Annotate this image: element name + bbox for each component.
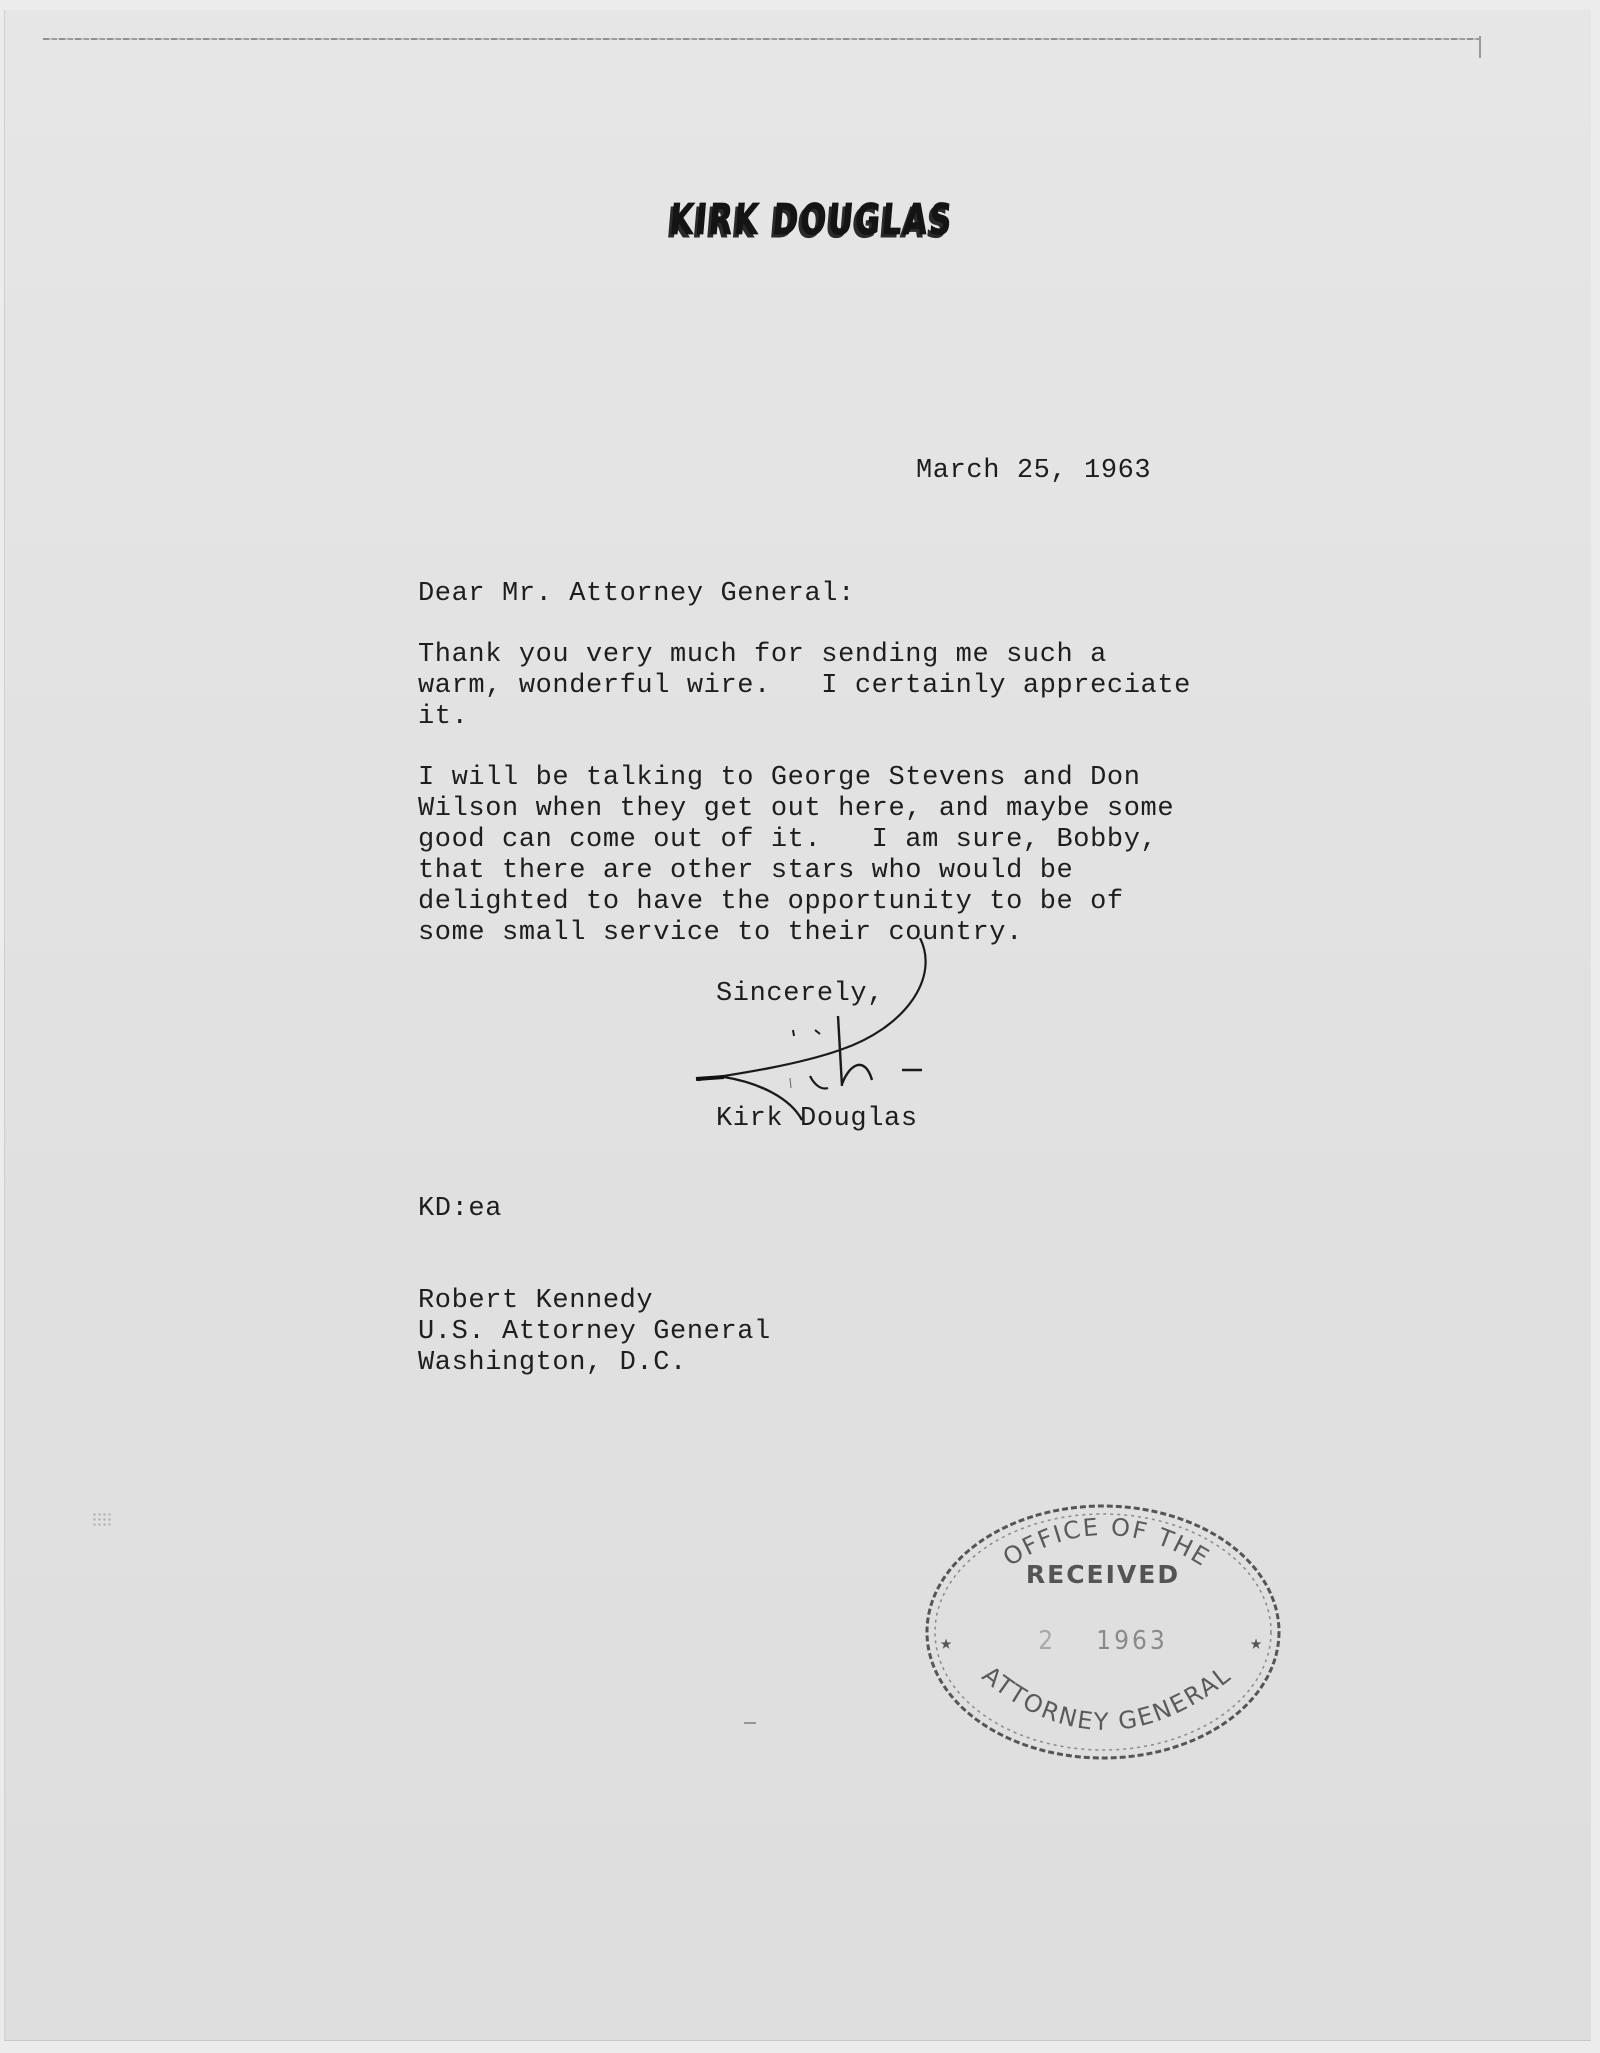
reference-initials: KD:ea: [418, 1194, 502, 1225]
star-icon: ★: [1250, 1630, 1262, 1656]
stamp-date-year: 1963: [1096, 1626, 1168, 1656]
letter-date: March 25, 1963: [916, 456, 1151, 487]
stray-ink-mark: [744, 1722, 756, 1724]
stamp-date-day: 2: [1038, 1626, 1056, 1656]
closing: Sincerely,: [716, 979, 884, 1010]
salutation: Dear Mr. Attorney General:: [418, 579, 855, 610]
recipient-address: Robert Kennedy U.S. Attorney General Was…: [418, 1286, 771, 1379]
top-edge-tick: [1479, 36, 1481, 58]
letterhead-name: KIRK DOUGLAS: [668, 195, 956, 245]
stamp-bottom-text: ATTORNEY GENERAL: [977, 1660, 1237, 1736]
stamp-date: 21963: [922, 1626, 1284, 1656]
svg-text:ATTORNEY GENERAL: ATTORNEY GENERAL: [977, 1660, 1237, 1736]
signed-name: Kirk Douglas: [716, 1104, 918, 1135]
star-icon: ★: [940, 1630, 952, 1656]
body-paragraph-2: I will be talking to George Stevens and …: [418, 763, 1174, 949]
letter-page: [4, 10, 1591, 2041]
body-paragraph-1: Thank you very much for sending me such …: [418, 640, 1191, 733]
received-stamp: OFFICE OF THE ATTORNEY GENERAL RECEIVED …: [922, 1500, 1284, 1764]
top-edge-rule: [43, 38, 1479, 40]
paper-speckle: [92, 1512, 112, 1528]
stamp-received-label: RECEIVED: [922, 1560, 1284, 1589]
